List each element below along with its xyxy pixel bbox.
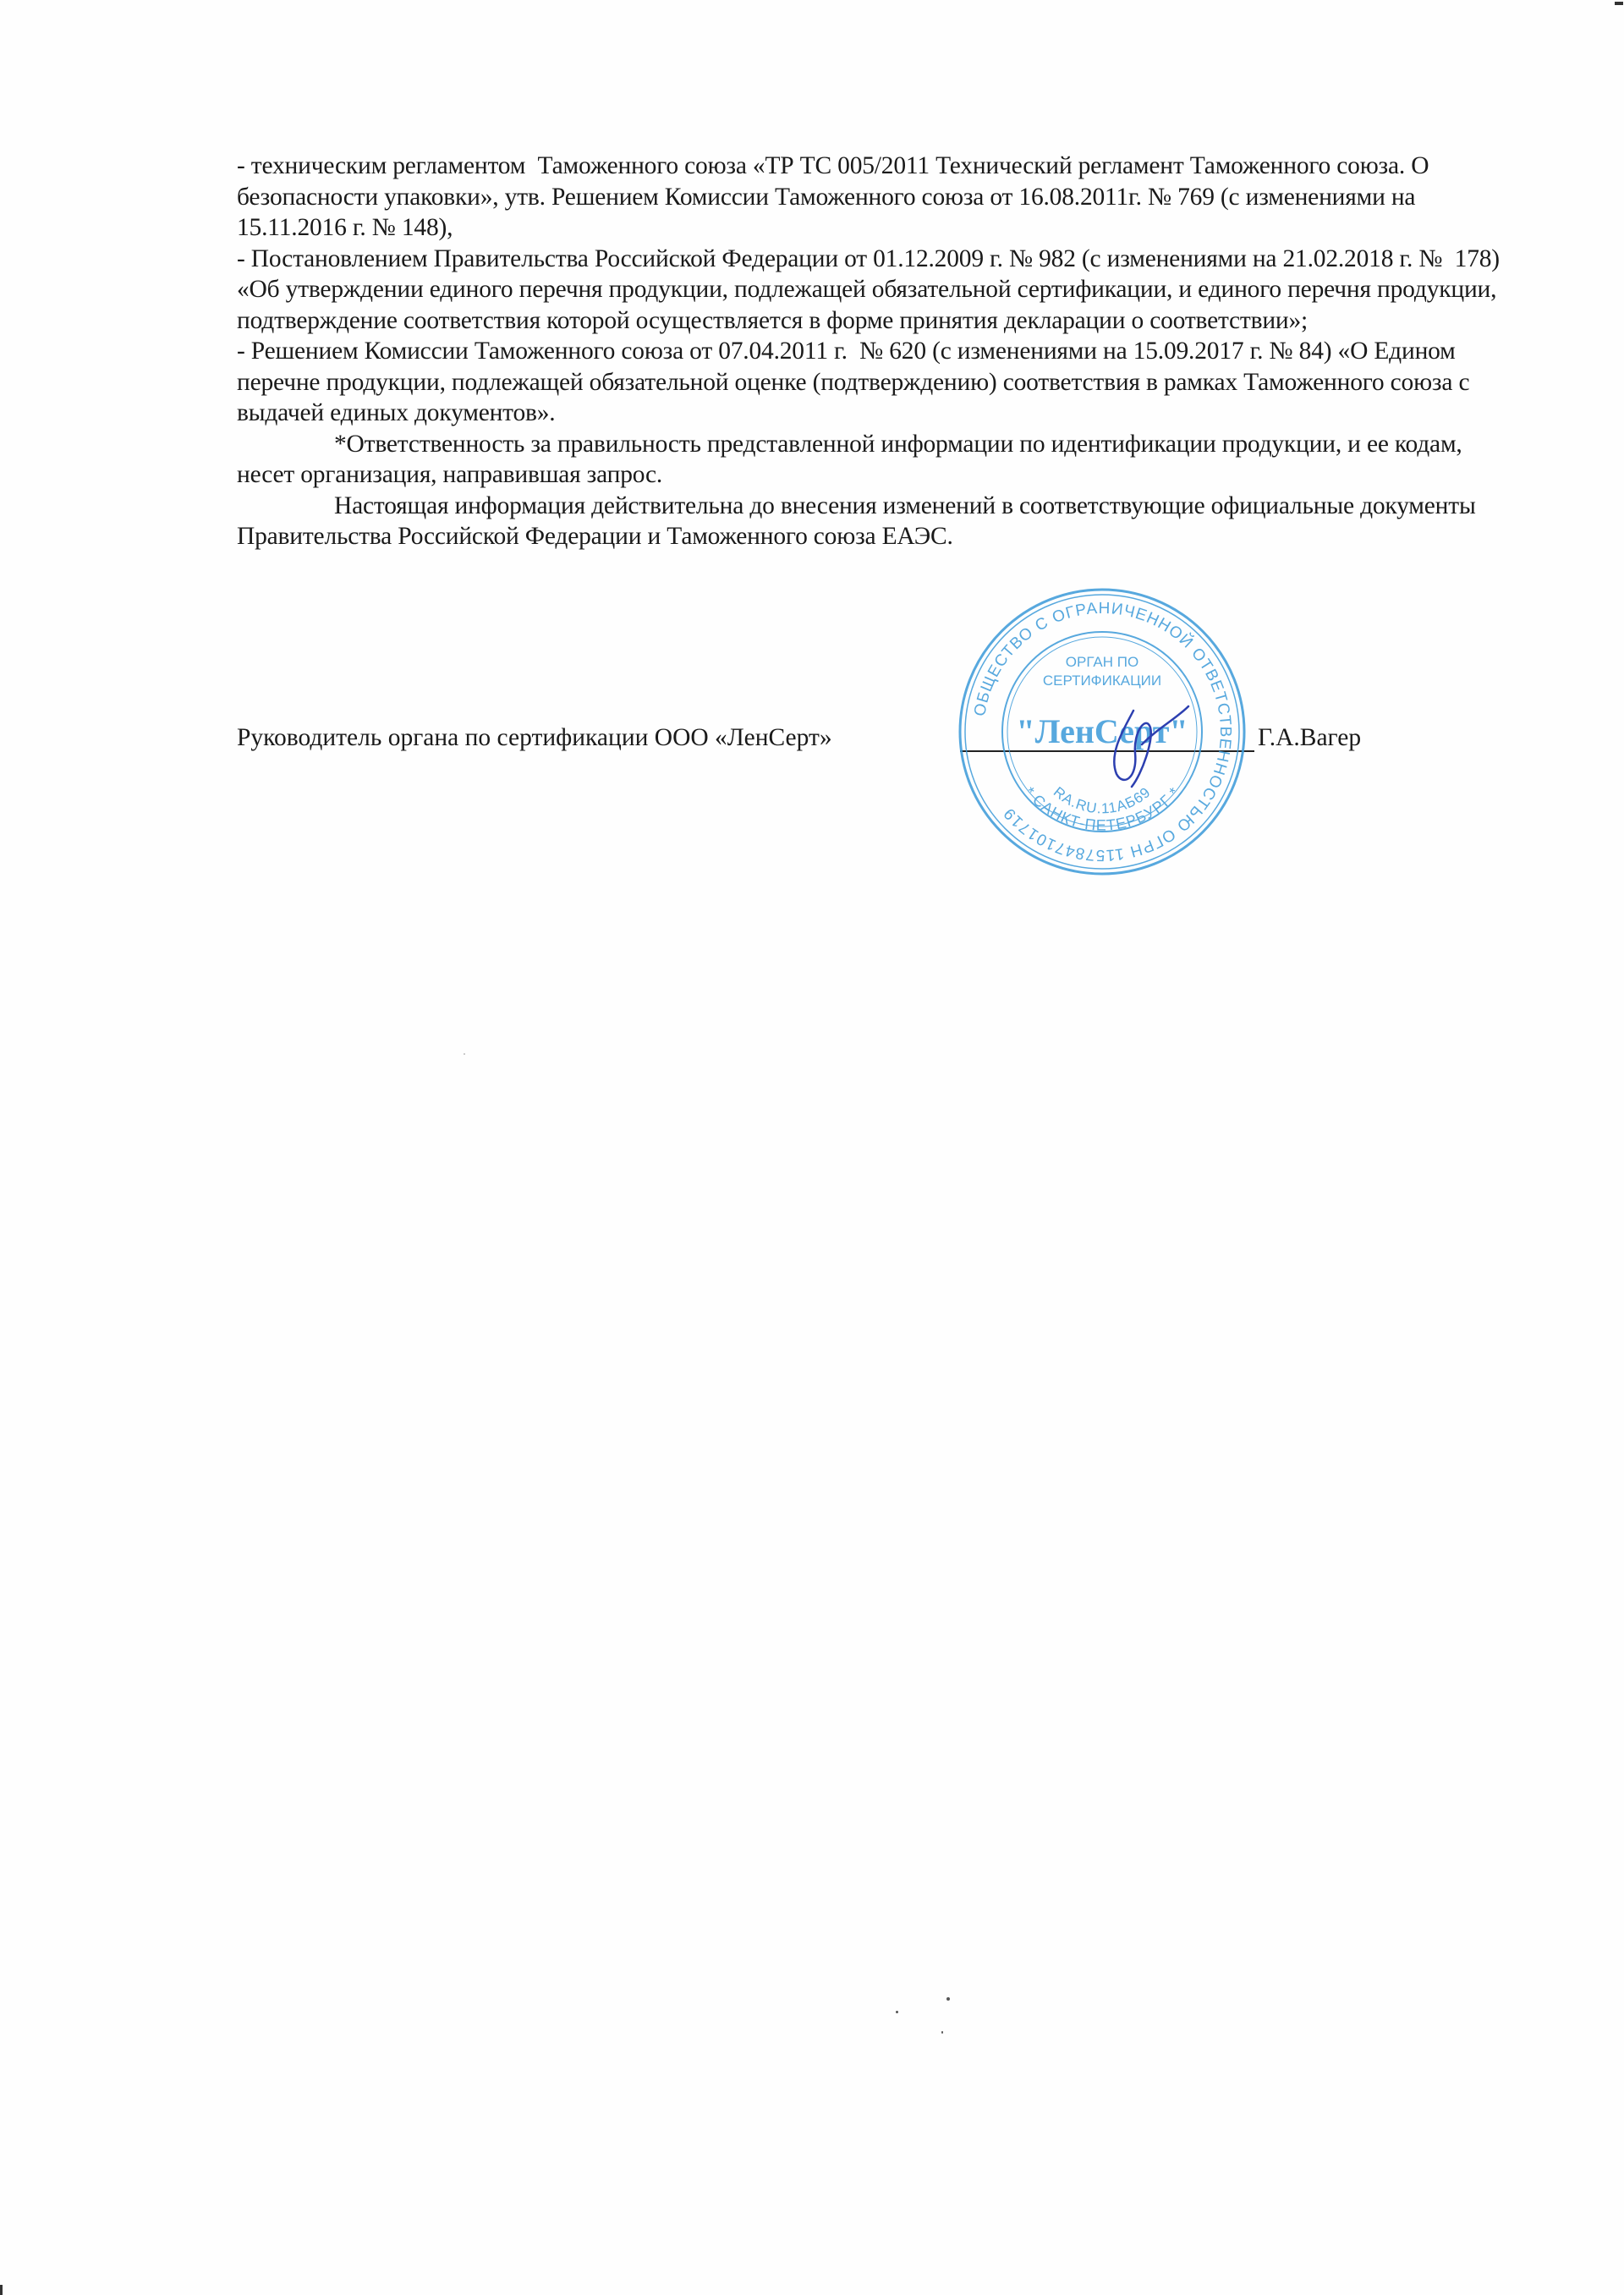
document-body: - техническим регламентом Таможенного со… — [237, 151, 1522, 552]
svg-text:ОРГАН ПО: ОРГАН ПО — [1066, 654, 1138, 670]
paragraph-reshenie-620: - Решением Комиссии Таможенного союза от… — [237, 336, 1522, 429]
scan-edge-mark — [0, 2285, 3, 2295]
signatory-position: Руководитель органа по сертификации ООО … — [237, 722, 832, 753]
scan-speck — [941, 2031, 943, 2034]
handwritten-signature-icon — [1100, 694, 1193, 795]
document-page: - техническим регламентом Таможенного со… — [0, 0, 1624, 2295]
scan-speck — [946, 1997, 950, 2001]
paragraph-validity-note: Настоящая информация действительна до вн… — [237, 491, 1522, 552]
signatory-name: Г.А.Вагер — [1258, 722, 1361, 753]
scan-speck — [896, 2011, 898, 2013]
paragraph-postanovlenie-982: - Постановлением Правительства Российско… — [237, 244, 1522, 337]
paragraph-responsibility-note: *Ответственность за правильность предста… — [237, 429, 1522, 491]
paragraph-tr-ts-005: - техническим регламентом Таможенного со… — [237, 151, 1522, 244]
svg-text:СЕРТИФИКАЦИИ: СЕРТИФИКАЦИИ — [1043, 673, 1161, 689]
scan-edge-mark — [1615, 2, 1623, 5]
scan-speck — [464, 1053, 465, 1055]
